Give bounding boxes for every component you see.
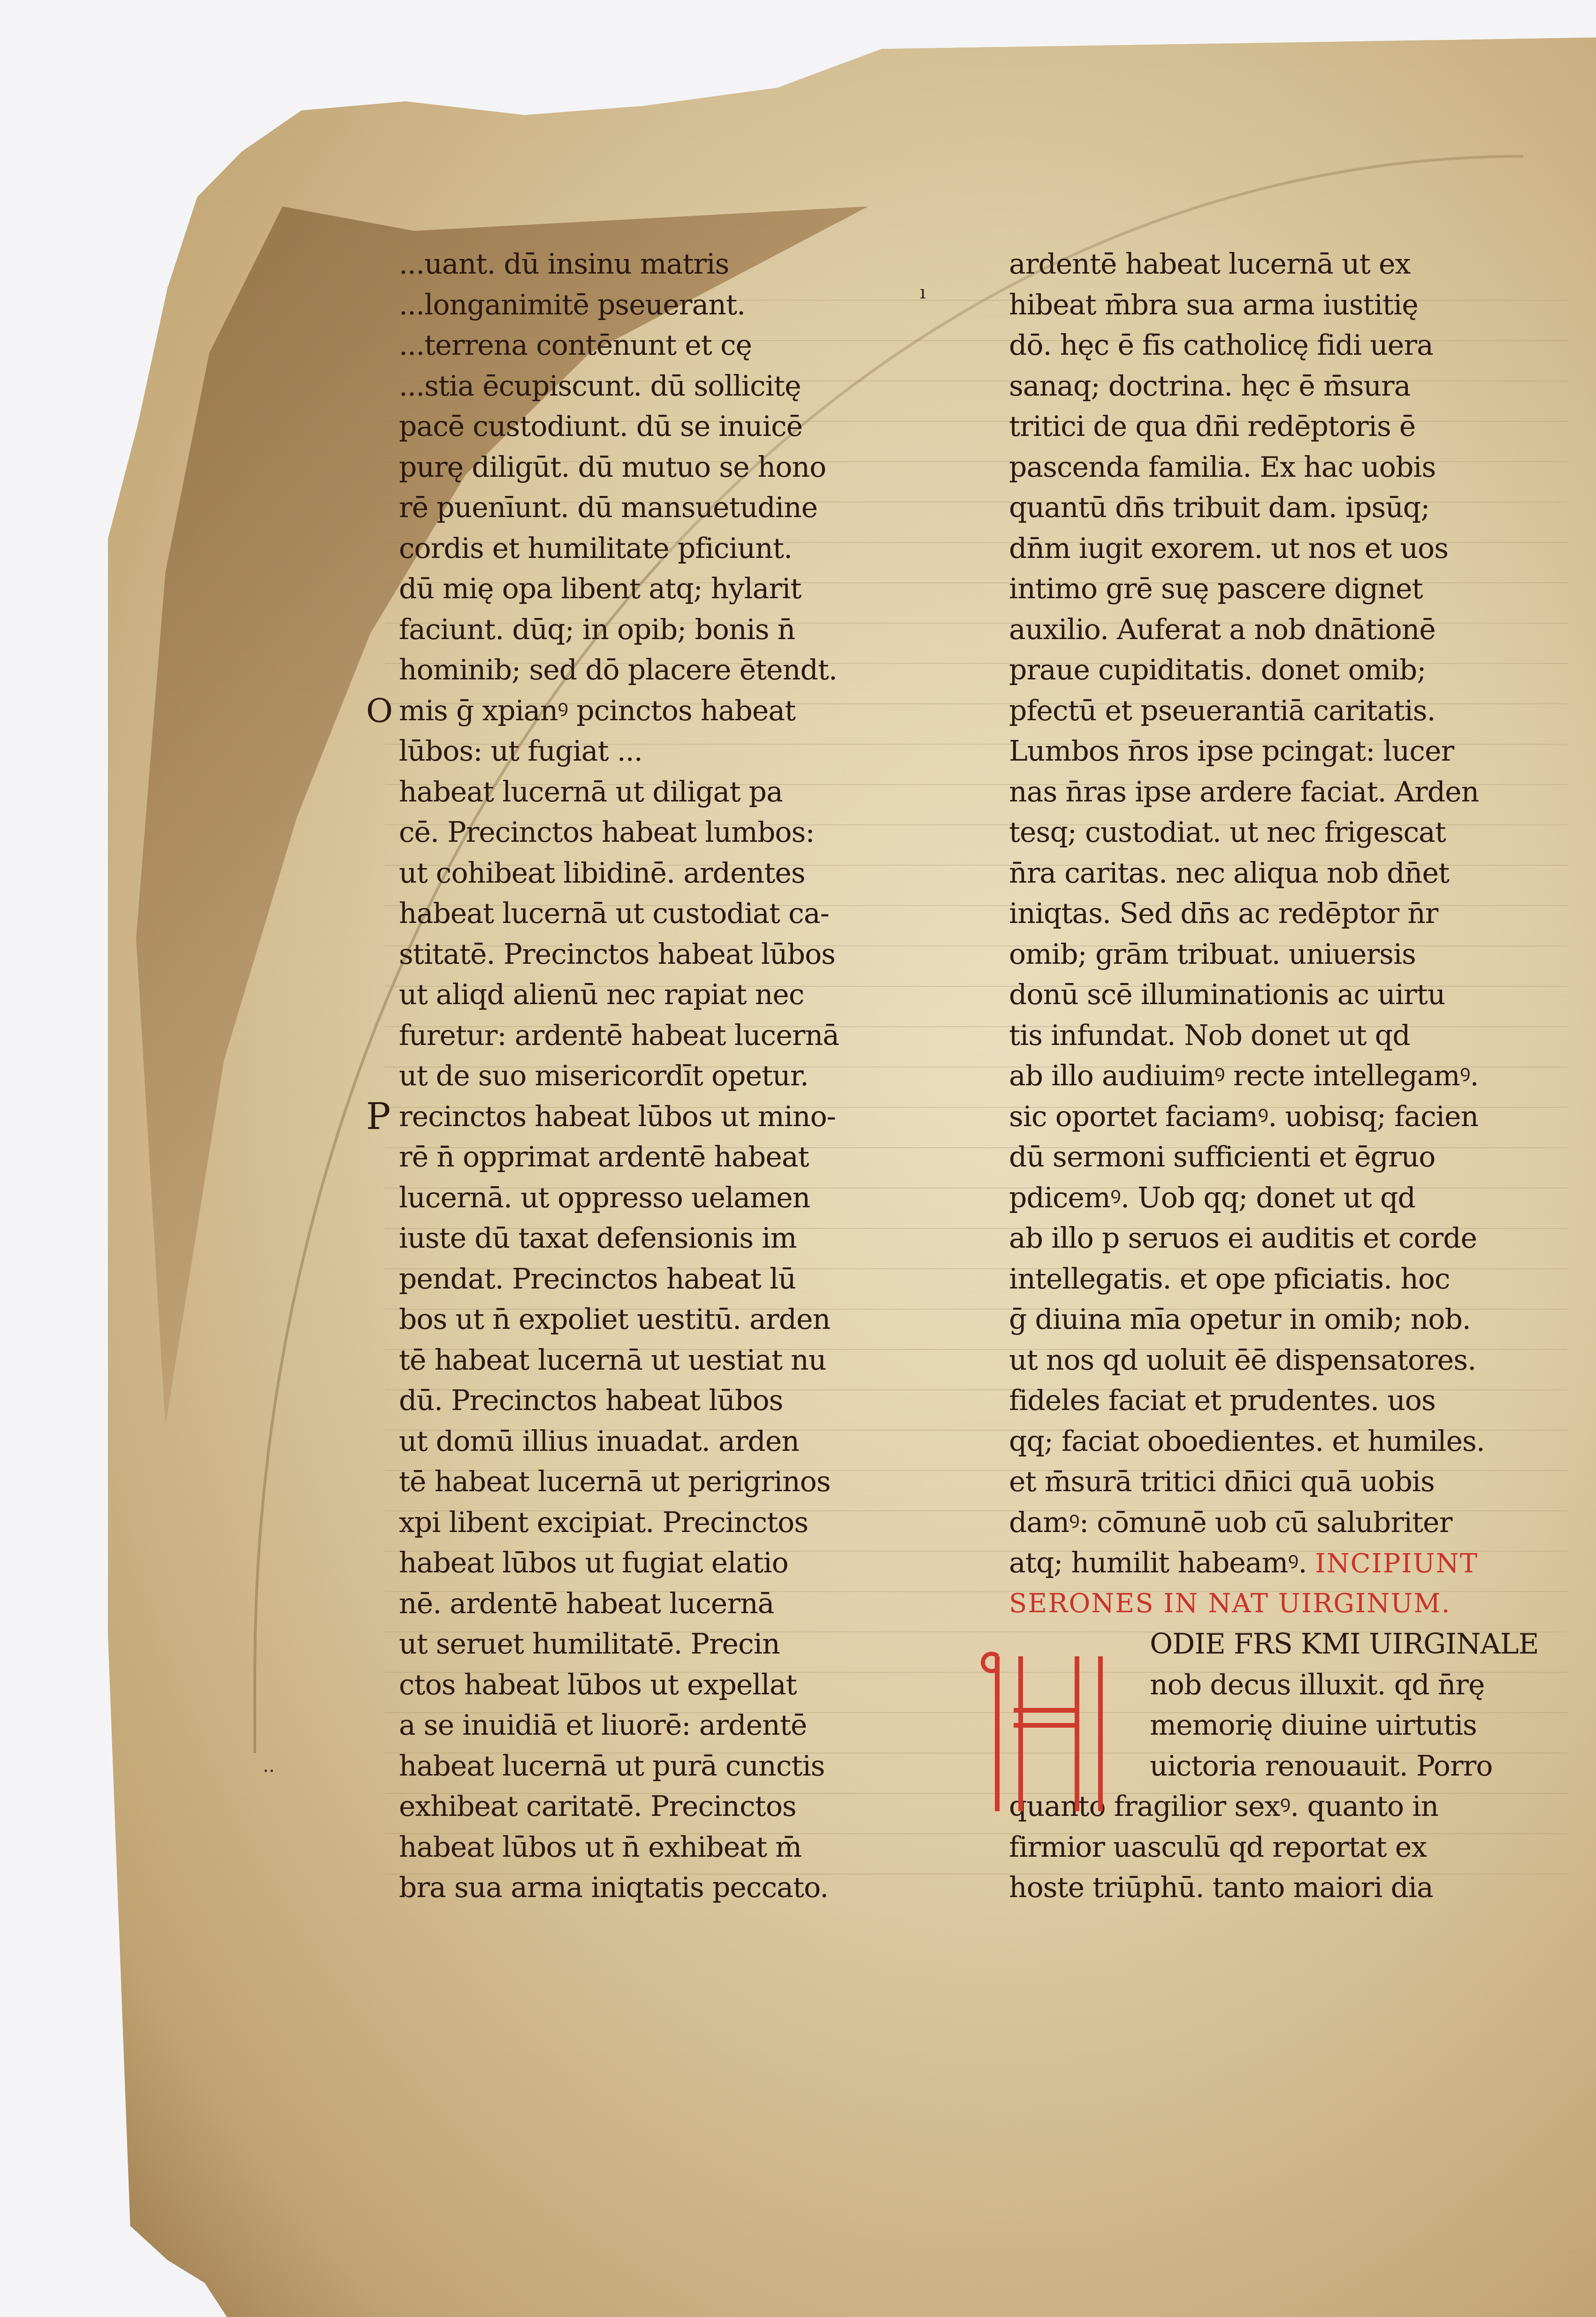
margin-mark: ı [920, 282, 926, 303]
text-line: xpi libent excipiat. Precinctos [399, 1502, 953, 1543]
text-line: ut nos qd uoluit ēē dispensatores. [1009, 1340, 1567, 1381]
text-line: ctos habeat lūbos ut expellat [399, 1665, 953, 1706]
initial-crossbar [1014, 1708, 1075, 1728]
text-line: ...terrena contēnunt et cę [399, 325, 953, 366]
text-line: pfectū et pseuerantiā caritatis. [1009, 691, 1567, 732]
text-line: tesq; custodiat. ut nec frigescat [1009, 812, 1567, 853]
initial-left-stem [995, 1656, 1023, 1811]
text-line: dn̄m iugit exorem. ut nos et uos [1009, 528, 1567, 569]
margin-dots: .. [263, 1755, 275, 1776]
text-line: omib; grām tribuat. uniuersis [1009, 934, 1567, 975]
left-column: ...uant. dū insinu matris ...longanimitē… [399, 244, 953, 1908]
text-line-content: atq; humilit habeamꝰ. [1009, 1547, 1307, 1579]
text-line: hoste triūphū. tanto maiori dia [1009, 1867, 1567, 1908]
text-line: exhibeat caritatē. Precinctos [399, 1786, 953, 1827]
text-line: cordis et humilitate pficiunt. [399, 528, 953, 569]
text-line: ut de suo misericordīt opetur. [399, 1056, 953, 1097]
text-line: sic oportet faciamꝰ. uobisq; facien [1009, 1097, 1567, 1137]
text-line: furetur: ardentē habeat lucernā [399, 1015, 953, 1056]
text-line-with-initial: P recinctos habeat lūbos ut mino- [399, 1097, 953, 1137]
text-line: habeat lūbos ut fugiat elatio [399, 1543, 953, 1584]
initial-right-stem [1075, 1656, 1103, 1811]
text-line: pdicemꝰ. Uob qq; donet ut qd [1009, 1178, 1567, 1219]
text-line: fideles faciat et prudentes. uos [1009, 1380, 1567, 1421]
text-line: damꝰ: cōmunē uob cū salubriter [1009, 1502, 1567, 1543]
text-line: ut domū illius inuadat. arden [399, 1421, 953, 1462]
text-line: lūbos: ut fugiat ... [399, 731, 953, 772]
text-line: intellegatis. et ope pficiatis. hoc [1009, 1259, 1567, 1300]
text-line: hibeat m̄bra sua arma iustitię [1009, 285, 1567, 326]
text-line: tē habeat lucernā ut uestiat nu [399, 1340, 953, 1381]
text-line: donū scē illuminationis ac uirtu [1009, 975, 1567, 1015]
text-line: habeat lucernā ut custodiat ca- [399, 893, 953, 934]
text-line: intimo grē suę pascere dignet [1009, 569, 1567, 610]
text-line: rē puenīunt. dū mansuetudine [399, 488, 953, 528]
text-line: tis infundat. Nob donet ut qd [1009, 1015, 1567, 1056]
text-line: rē n̄ opprimat ardentē habeat [399, 1137, 953, 1178]
text-line: iuste dū taxat defensionis im [399, 1218, 953, 1259]
text-line: firmior uasculū qd reportat ex [1009, 1827, 1567, 1868]
text-line: hominib; sed dō placere ētendt. [399, 650, 953, 691]
text-line: lucernā. ut oppresso uelamen [399, 1178, 953, 1219]
text-line: ...longanimitē pseuerant. [399, 285, 953, 326]
text-line: ḡ diuina mīa opetur in omib; nob. [1009, 1299, 1567, 1340]
text-line: ardentē habeat lucernā ut ex [1009, 244, 1567, 285]
text-line-content: recinctos habeat lūbos ut mino- [399, 1100, 836, 1133]
text-line: ...uant. dū insinu matris [399, 244, 953, 285]
text-line: quantū dn̄s tribuit dam. ipsūq; [1009, 488, 1567, 528]
text-line: et m̄surā tritici dn̄ici quā uobis [1009, 1462, 1567, 1502]
text-line: bra sua arma iniqtatis peccato. [399, 1867, 953, 1908]
text-line: cē. Precinctos habeat lumbos: [399, 812, 953, 853]
text-line: ...stia ēcupiscunt. dū sollicitę [399, 366, 953, 407]
text-line: dū sermoni sufficienti et ēgruo [1009, 1137, 1567, 1178]
text-line: pacē custodiunt. dū se inuicē [399, 406, 953, 447]
text-line: ab illo p seruos ei auditis et corde [1009, 1218, 1567, 1259]
text-line: tritici de qua dn̄i redēptoris ē [1009, 406, 1567, 447]
text-line: praue cupiditatis. donet omib; [1009, 650, 1567, 691]
text-line: nē. ardentē habeat lucernā [399, 1584, 953, 1624]
text-line: iniqtas. Sed dn̄s ac redēptor n̄r [1009, 893, 1567, 934]
text-line: faciunt. dūq; in opib; bonis n̄ [399, 610, 953, 650]
rubric-incipiunt: INCIPIUNT [1315, 1548, 1478, 1579]
text-line: dū mię opa libent atq; hylarit [399, 569, 953, 610]
text-line-content: mis ḡ xpianꝰ pcinctos habeat [399, 694, 795, 727]
text-line: habeat lūbos ut n̄ exhibeat m̄ [399, 1827, 953, 1868]
text-line: ut cohibeat libidinē. ardentes [399, 853, 953, 894]
text-line: sanaq; doctrina. hęc ē m̄sura [1009, 366, 1567, 407]
text-line: ut aliqd alienū nec rapiat nec [399, 975, 953, 1015]
text-line: dū. Precinctos habeat lūbos [399, 1380, 953, 1421]
text-line: n̄ra caritas. nec aliqua nob dn̄et [1009, 853, 1567, 894]
text-line: auxilio. Auferat a nob dnātionē [1009, 610, 1567, 650]
text-line: purę diligūt. dū mutuo se hono [399, 447, 953, 488]
text-line: dō. hęc ē fīs catholicę fidi uera [1009, 325, 1567, 366]
text-line: stitatē. Precinctos habeat lūbos [399, 934, 953, 975]
text-line-with-initial: O mis ḡ xpianꝰ pcinctos habeat [399, 691, 953, 732]
text-line: pendat. Precinctos habeat lū [399, 1259, 953, 1300]
initial-o: O [366, 691, 392, 732]
text-line: ut seruet humilitatē. Precin [399, 1624, 953, 1665]
rubric-start-line: atq; humilit habeamꝰ. INCIPIUNT [1009, 1543, 1567, 1584]
text-line: qq; faciat oboedientes. et humiles. [1009, 1421, 1567, 1462]
initial-p: P [366, 1097, 390, 1137]
text-line: pascenda familia. Ex hac uobis [1009, 447, 1567, 488]
text-line: tē habeat lucernā ut perigrinos [399, 1462, 953, 1502]
decorated-initial-h [981, 1647, 1117, 1816]
text-line: ab illo audiuimꝰ recte intellegamꝰ. [1009, 1056, 1567, 1097]
text-line: habeat lucernā ut diligat pa [399, 772, 953, 813]
text-line: a se inuidiā et liuorē: ardentē [399, 1705, 953, 1746]
text-line: bos ut n̄ expoliet uestitū. arden [399, 1299, 953, 1340]
text-line: habeat lucernā ut purā cunctis [399, 1746, 953, 1787]
text-line: Lumbos n̄ros ipse pcingat: lucer [1009, 731, 1567, 772]
text-line: nas n̄ras ipse ardere faciat. Arden [1009, 772, 1567, 813]
rubric-title: SERONES IN NAT UIRGINUM. [1009, 1584, 1567, 1624]
